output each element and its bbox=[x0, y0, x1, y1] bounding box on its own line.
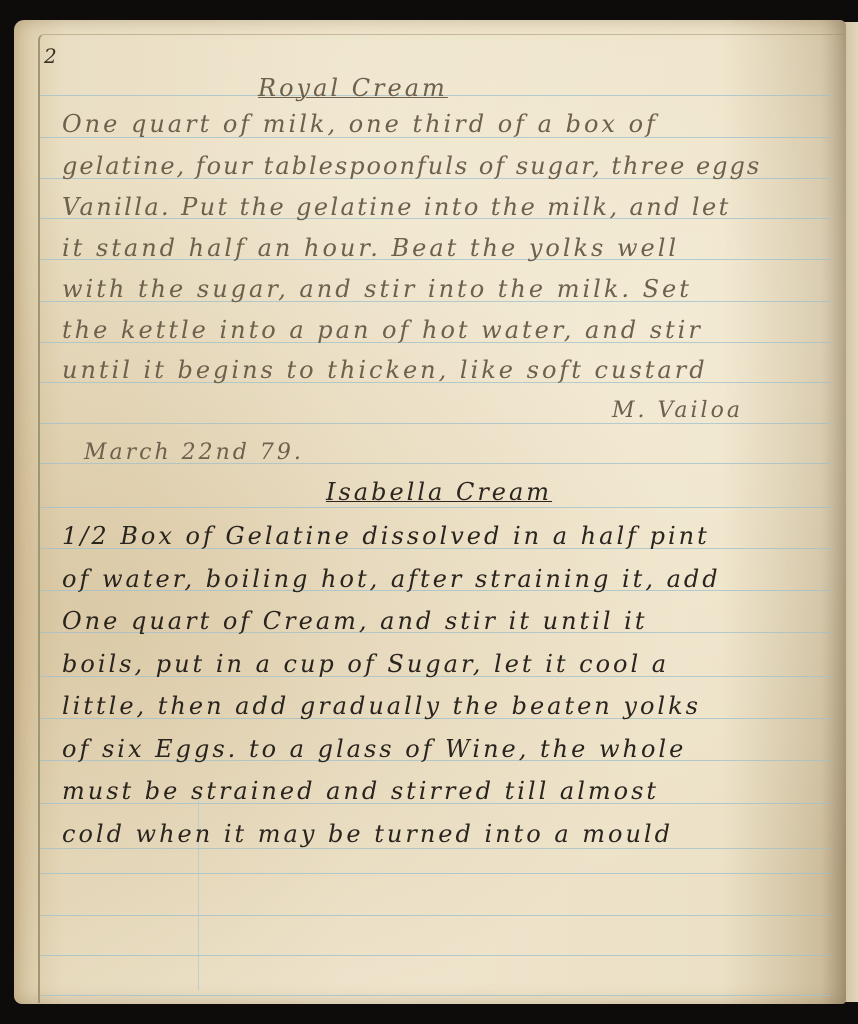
recipe-line: 1/2 Box of Gelatine dissolved in a half … bbox=[62, 522, 710, 550]
rule-line bbox=[40, 873, 830, 874]
recipe-line: One quart of Cream, and stir it until it bbox=[62, 607, 647, 635]
rule-line bbox=[40, 423, 830, 424]
recipe-title: Isabella Cream bbox=[326, 478, 552, 506]
recipe-line: boils, put in a cup of Sugar, let it coo… bbox=[62, 650, 669, 678]
recipe-line: until it begins to thicken, like soft cu… bbox=[62, 356, 708, 384]
rule-line bbox=[40, 955, 830, 956]
rule-line bbox=[40, 915, 830, 916]
recipe-line: cold when it may be turned into a mould bbox=[62, 820, 673, 848]
signature: M. Vailoa bbox=[612, 398, 743, 423]
rule-line bbox=[40, 995, 830, 996]
recipe-line: of water, boiling hot, after straining i… bbox=[62, 565, 721, 593]
recipe-line: must be strained and stirred till almost bbox=[62, 777, 659, 805]
rule-line bbox=[40, 848, 830, 849]
recipe-line: the kettle into a pan of hot water, and … bbox=[62, 316, 703, 344]
recipe-line: gelatine, four tablespoonfuls of sugar, … bbox=[62, 152, 761, 180]
recipe-line: with the sugar, and stir into the milk. … bbox=[62, 275, 692, 303]
recipe-title: Royal Cream bbox=[258, 74, 448, 102]
recipe-line: of six Eggs. to a glass of Wine, the who… bbox=[62, 735, 686, 763]
recipe-line: One quart of milk, one third of a box of bbox=[62, 110, 658, 138]
recipe-line: little, then add gradually the beaten yo… bbox=[62, 692, 701, 720]
recipe-line: it stand half an hour. Beat the yolks we… bbox=[62, 234, 679, 262]
rule-line bbox=[40, 507, 830, 508]
date-entry: March 22nd 79. bbox=[84, 440, 304, 465]
recipe-line: Vanilla. Put the gelatine into the milk,… bbox=[62, 193, 731, 221]
page-number: 2 bbox=[44, 44, 57, 68]
